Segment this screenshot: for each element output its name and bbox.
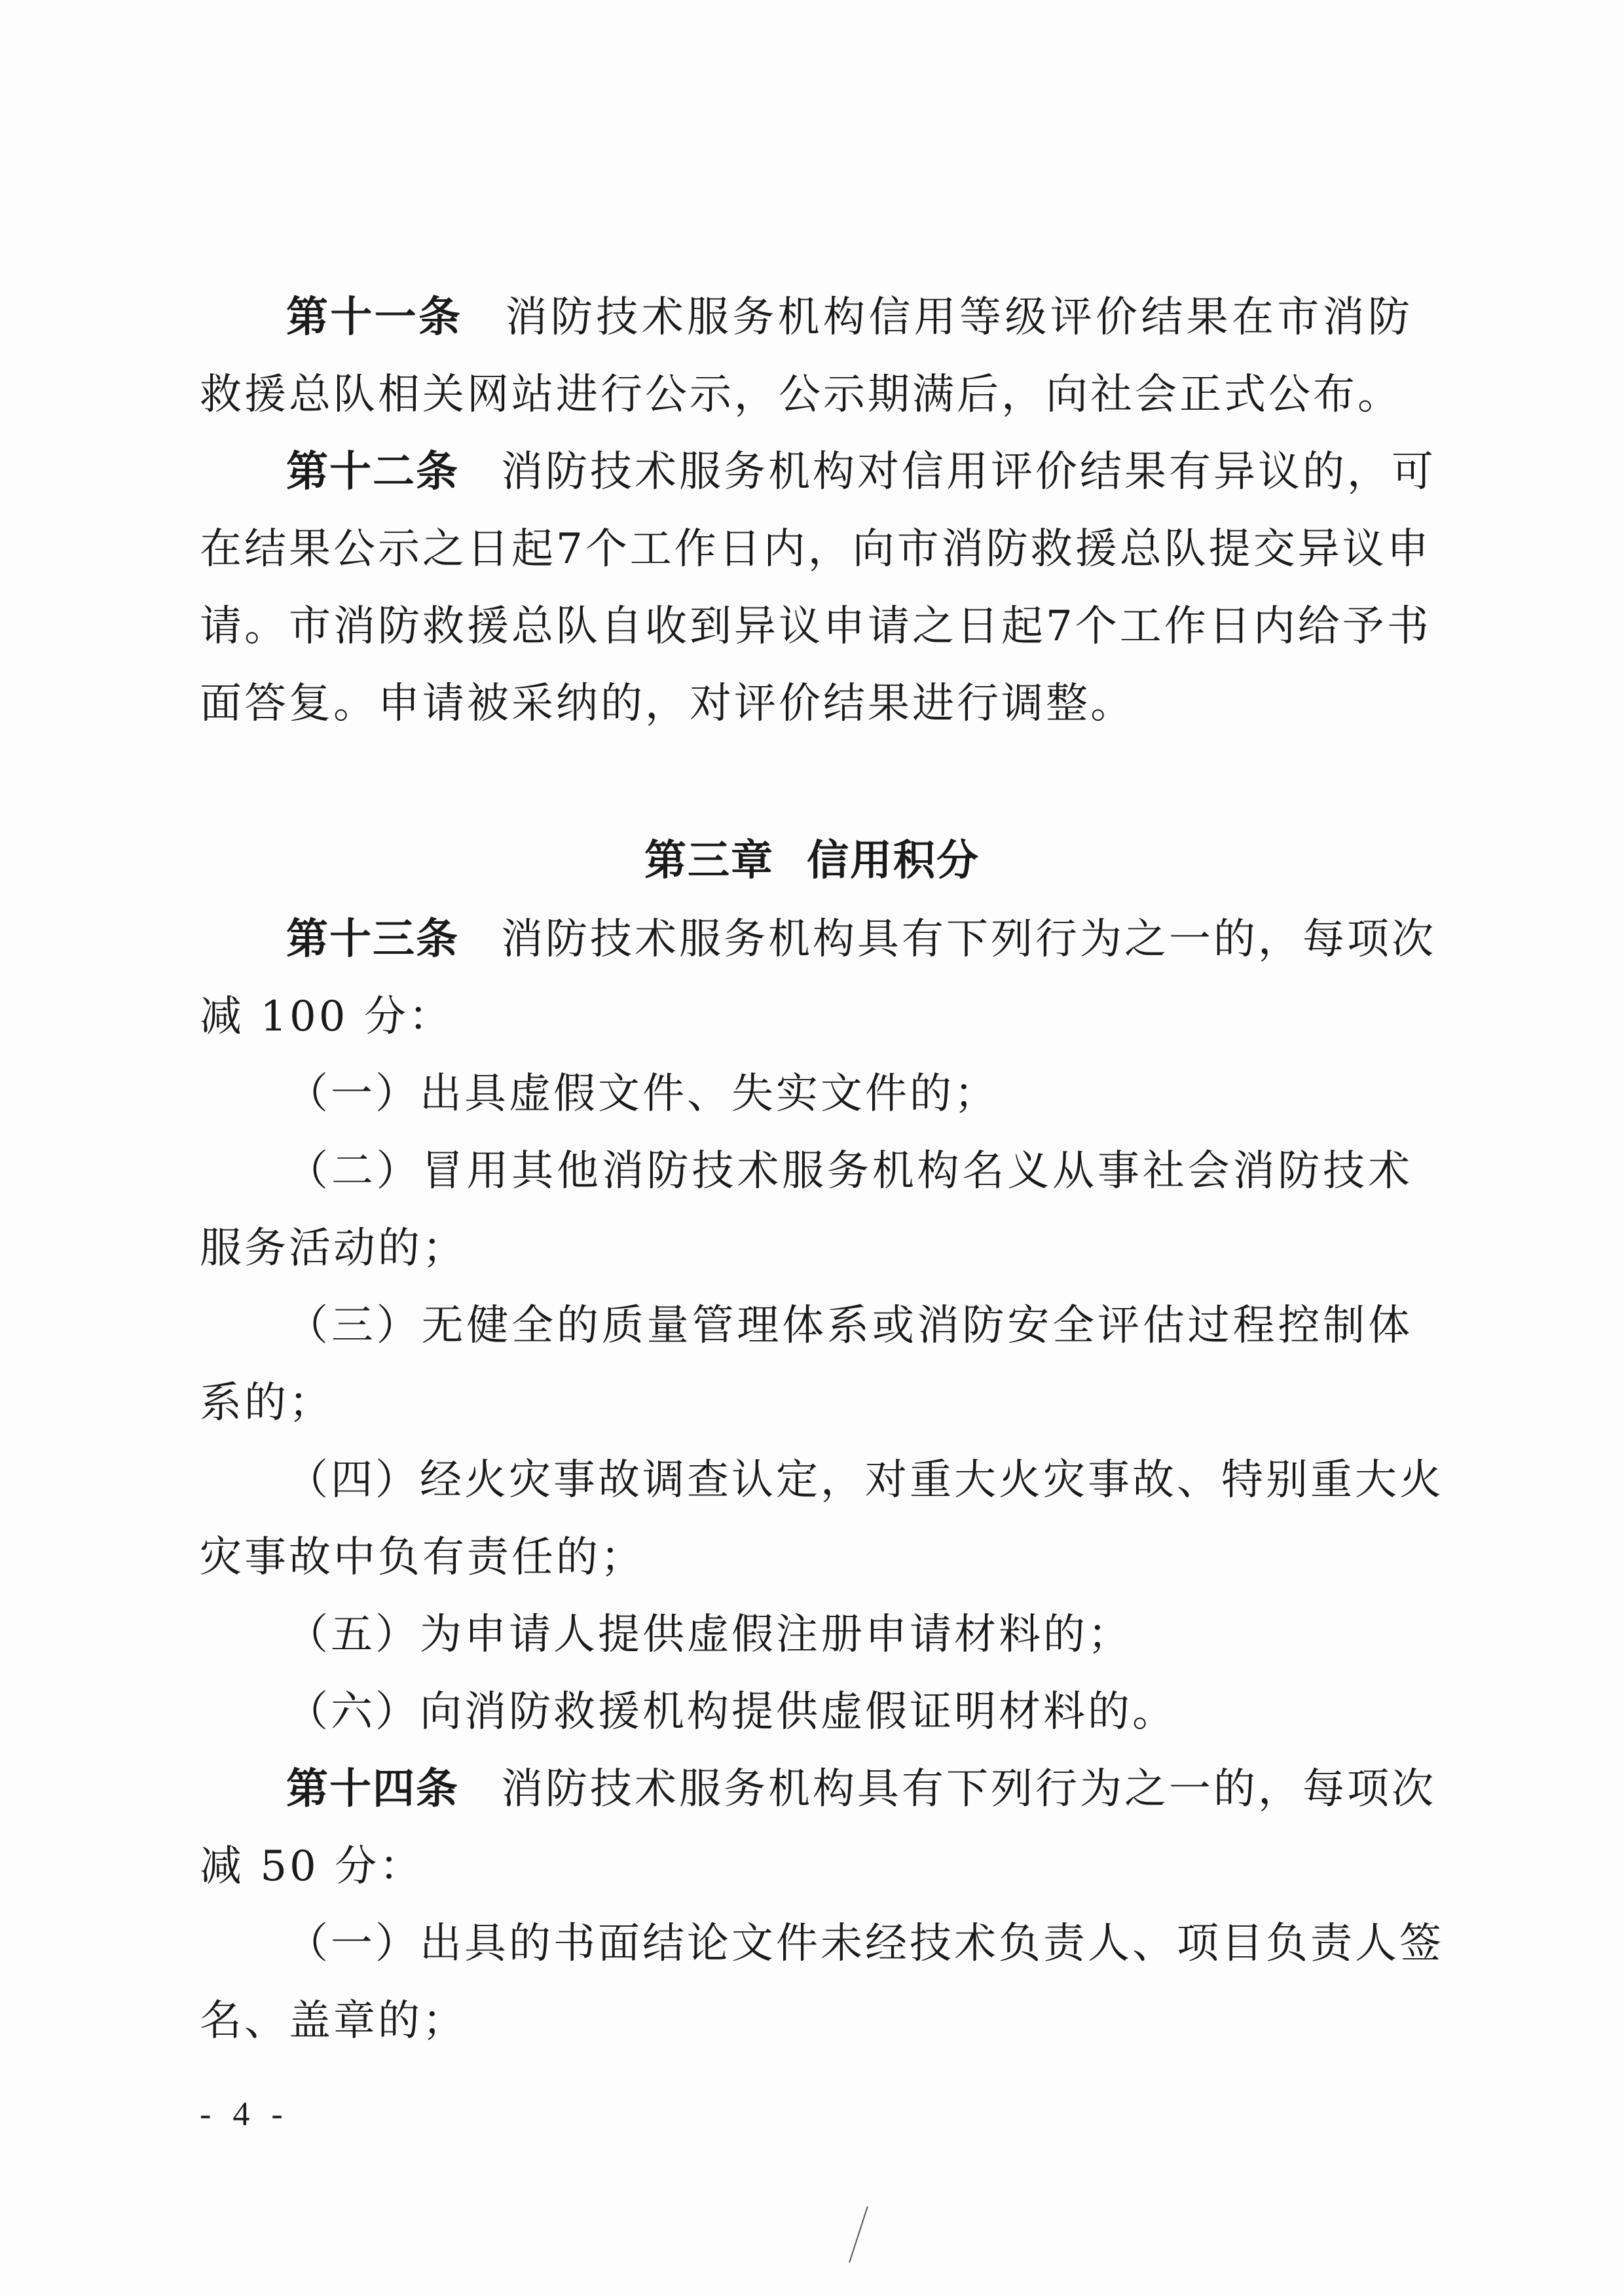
article-14-line-2: 减 50 分： [200,1840,1412,1893]
article-13-title: 第十三条 [286,915,459,964]
article-14-intro: 消防技术服务机构具有下列行为之一的，每项次 [501,1765,1436,1813]
article-13-item-2-line-2: 服务活动的； [200,1222,1412,1275]
article-12-line-1: 第十二条消防技术服务机构对信用评价结果有异议的，可 [286,446,1412,498]
article-12-title: 第十二条 [286,448,459,496]
article-13-item-6: （六）向消防救援机构提供虚假证明材料的。 [286,1686,1412,1738]
article-13-item-2-line-1: （二）冒用其他消防技术服务机构名义从事社会消防技术 [286,1145,1412,1197]
article-14-line-1: 第十四条消防技术服务机构具有下列行为之一的，每项次 [286,1763,1412,1815]
article-13-item-1: （一）出具虚假文件、失实文件的； [286,1068,1412,1120]
article-12-line-3: 请。市消防救援总队自收到异议申请之日起7个工作日内给予书 [200,600,1412,653]
document-page: 第十一条消防技术服务机构信用等级评价结果在市消防 救援总队相关网站进行公示，公示… [0,0,1624,2296]
article-11-line-1: 第十一条消防技术服务机构信用等级评价结果在市消防 [286,291,1412,344]
article-13-item-3-line-2: 系的； [200,1377,1412,1429]
chapter-number: 第三章 [644,837,774,885]
article-11-text: 消防技术服务机构信用等级评价结果在市消防 [504,293,1412,342]
article-13-line-2: 减 100 分： [200,991,1412,1043]
article-13-item-5: （五）为申请人提供虚假注册申请材料的； [286,1609,1412,1661]
article-14-item-1-line-2: 名、盖章的； [200,1995,1412,2047]
article-13-item-3-line-1: （三）无健全的质量管理体系或消防安全评估过程控制体 [286,1300,1412,1352]
article-12-text: 消防技术服务机构对信用评价结果有异议的，可 [501,448,1436,496]
article-13-item-4-line-1: （四）经火灾事故调查认定，对重大火灾事故、特别重大火 [286,1454,1412,1506]
chapter-heading: 第三章信用积分 [0,835,1624,887]
article-12-line-2: 在结果公示之日起7个工作日内，向市消防救援总队提交异议申 [200,523,1412,575]
article-14-item-1-line-1: （一）出具的书面结论文件未经技术负责人、项目负责人签 [286,1918,1412,1970]
article-13-intro: 消防技术服务机构具有下列行为之一的，每项次 [501,915,1436,964]
article-14-title: 第十四条 [286,1765,459,1813]
chapter-title: 信用积分 [807,837,980,885]
article-11-line-2: 救援总队相关网站进行公示，公示期满后，向社会正式公布。 [200,369,1412,421]
page-number: - 4 - [200,2092,289,2138]
scan-mark [849,2206,868,2263]
article-12-line-4: 面答复。申请被采纳的，对评价结果进行调整。 [200,678,1412,730]
article-13-line-1: 第十三条消防技术服务机构具有下列行为之一的，每项次 [286,913,1412,966]
article-13-item-4-line-2: 灾事故中负有责任的； [200,1531,1412,1584]
article-11-title: 第十一条 [286,293,462,342]
